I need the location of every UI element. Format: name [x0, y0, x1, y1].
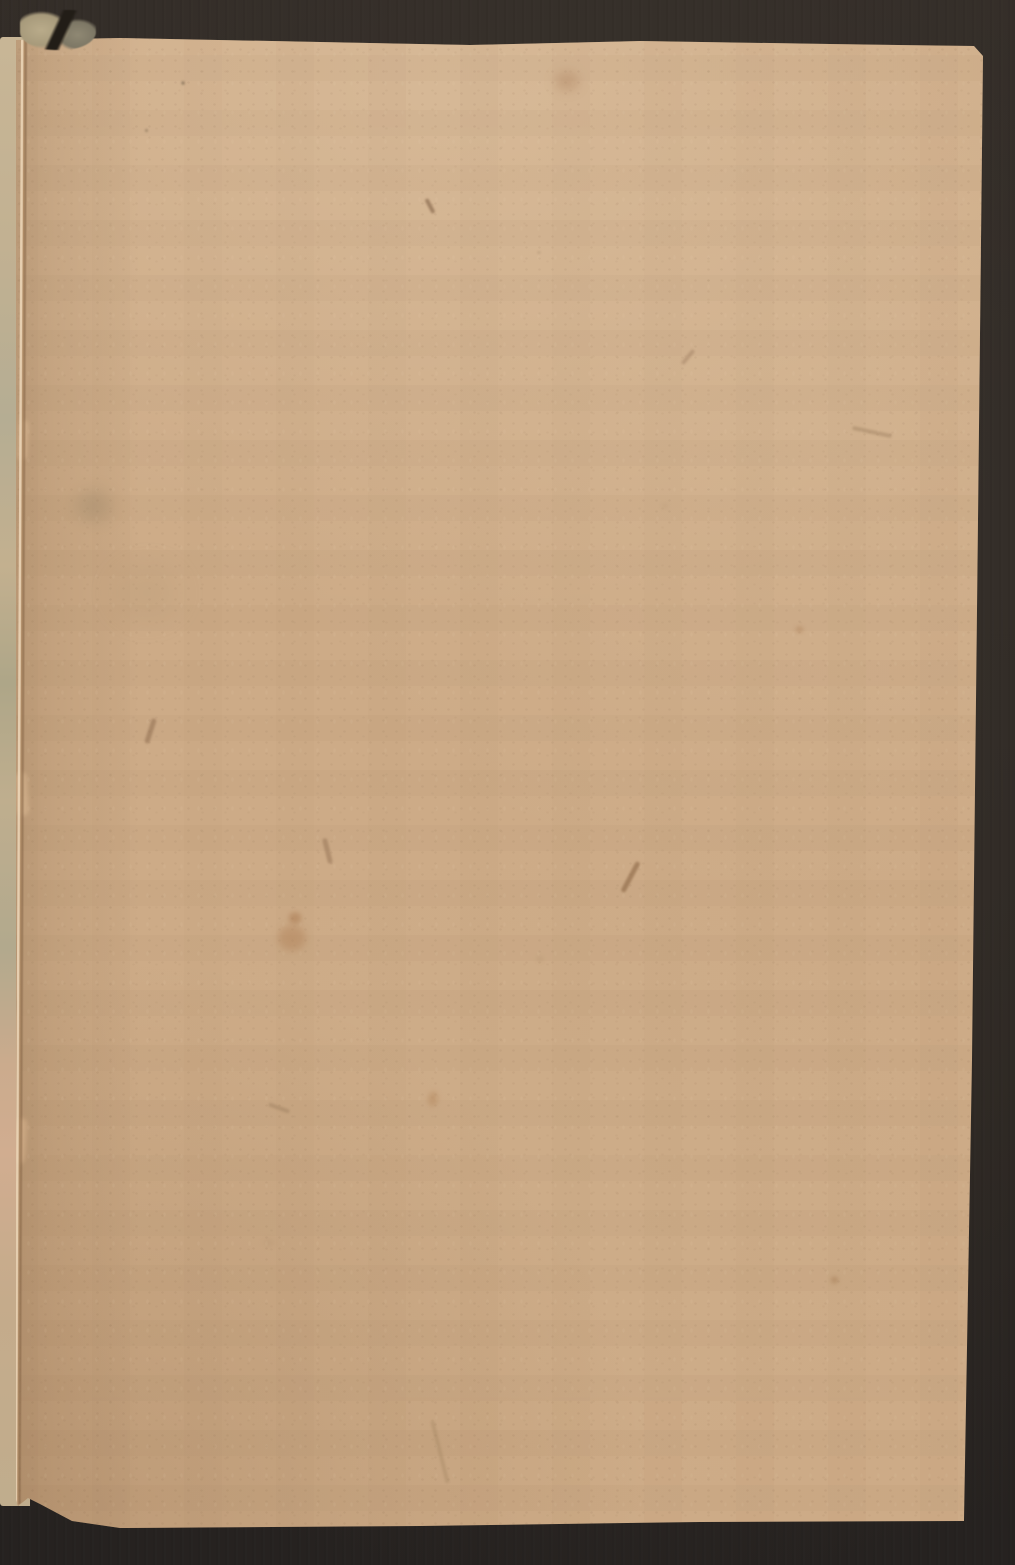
stain — [0, 4, 15, 25]
spine-headband-icon — [20, 10, 96, 50]
blank-page — [0, 0, 1015, 1565]
book-scan — [0, 0, 1015, 1565]
paper-grain — [0, 0, 1015, 1565]
